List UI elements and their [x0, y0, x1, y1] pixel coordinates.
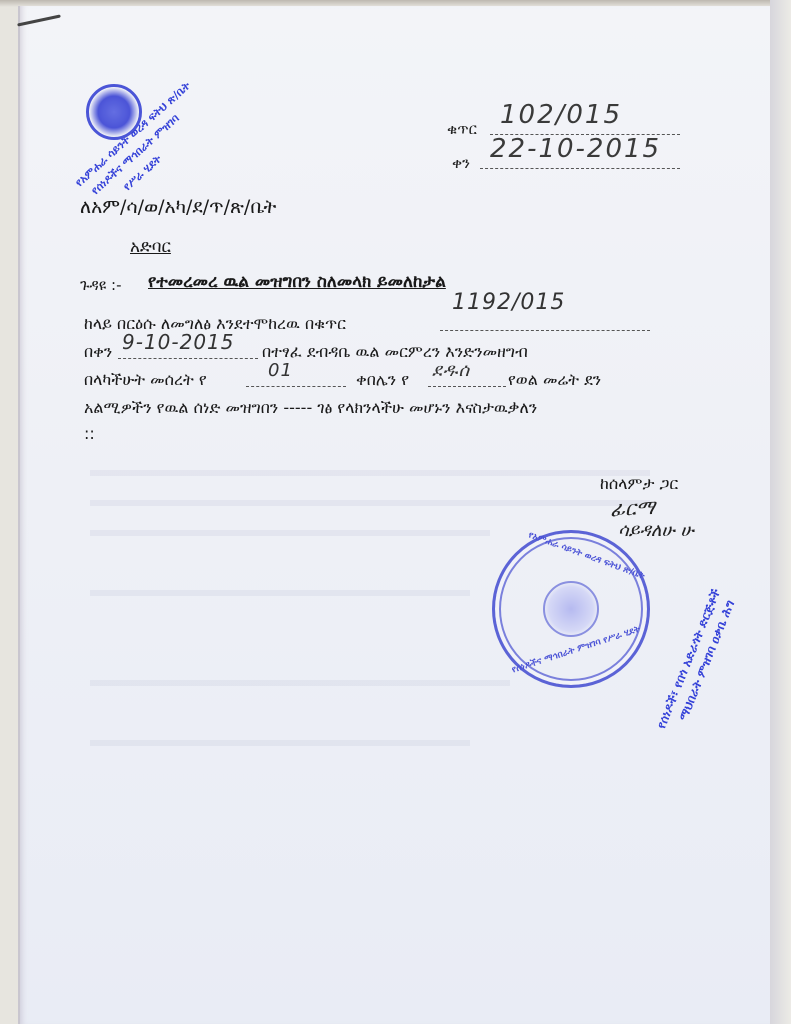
- bleed-through: [90, 740, 470, 746]
- recipient: ለአም/ሳ/ወ/አካ/ደ/ጥ/ጽ/ቤት: [80, 196, 276, 218]
- subject-label: ጉዳዩ :-: [80, 276, 122, 294]
- signer-handwriting: ሳይዳለሁ ሁ: [618, 520, 694, 541]
- subject-text: የተመረመረ ዉል መዝግበን ስለመላክ ይመለከታል: [148, 272, 446, 292]
- body-line-3b: ቀበሌን የ: [356, 370, 409, 390]
- bleed-through: [90, 680, 510, 686]
- date-line: [480, 168, 680, 169]
- salutation: አድባር: [130, 237, 171, 257]
- body-line-2-prefix: በቀን: [84, 342, 112, 362]
- bleed-through: [90, 500, 650, 506]
- body-line-2: በተፃፈ ደብዳቤ ዉል መርምረን እንድንመዘግብ: [262, 342, 528, 362]
- handwritten-place: ደዱሰ: [432, 360, 470, 381]
- handwritten-date: 9-10-2015: [122, 330, 235, 354]
- bleed-through: [90, 590, 470, 596]
- body-line-3c: የወል መሬት ደን: [508, 370, 601, 390]
- fill-line: [246, 386, 346, 387]
- body-line-5: ::: [84, 424, 95, 443]
- emblem-icon: [543, 581, 599, 637]
- official-seal: የአምሐራ ሳይንት ወረዳ ፍትህ ጽ/ቤት የሰነዶችና ማኅበራት ምዝገ…: [492, 530, 650, 688]
- closing-label: ከሰላምታ ጋር: [600, 474, 678, 494]
- reference-label: ቁጥር: [447, 120, 477, 138]
- body-line-3a: በላካችሁት መሰረት የ: [84, 370, 207, 390]
- fill-line: [428, 386, 506, 387]
- handwritten-reference: 1192/015: [452, 290, 565, 315]
- date-value: 22-10-2015: [490, 134, 661, 164]
- scan-right-edge: [770, 0, 791, 1024]
- reference-number: 102/015: [500, 100, 622, 130]
- bleed-through: [90, 530, 490, 536]
- signature: ፊርማ: [609, 495, 655, 521]
- bleed-through: [90, 470, 650, 476]
- fill-line: [440, 330, 650, 331]
- handwritten-kebele: 01: [268, 360, 293, 381]
- fill-line: [118, 358, 258, 359]
- date-label: ቀን: [452, 154, 470, 172]
- body-line-4: አልሚዎችን የዉል ሰነድ መዝግበን ----- ገፅ የላክንላችሁ መሆ…: [84, 398, 537, 418]
